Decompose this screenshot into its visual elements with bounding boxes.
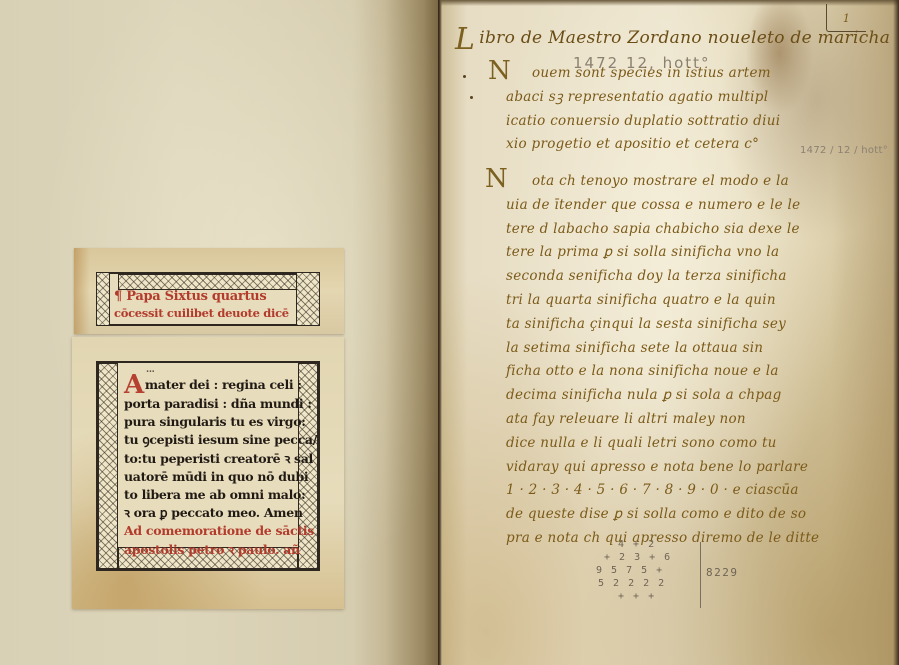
text-line: tere la prima ꝑ si solla sinificha vno l…: [506, 241, 819, 265]
calc-row: 4 + 2: [596, 538, 736, 551]
text-line: tri la quarta sinificha quatro e la quin: [506, 289, 819, 313]
floral-border-right: [298, 363, 318, 569]
text-line: vidaray qui apresso e nota bene lo parla…: [506, 456, 819, 480]
text-line: ota ch tenoyo mostrare el modo e la: [506, 170, 819, 194]
rubric-text: ¶ Papa Sixtus quartus cōcessit cuilibet …: [114, 289, 320, 321]
woodcut-frame: ... Amater dei : regina celi : porta par…: [96, 361, 320, 571]
printed-line: to:tu peperisti creatorē ꝛ sal: [124, 450, 294, 468]
printed-line: ¶ Papa Sixtus quartus: [114, 289, 320, 305]
paragraph-numerals: ota ch tenoyo mostrare el modo e la uia …: [506, 170, 819, 551]
floral-border-left: [96, 272, 110, 326]
printed-line: tu ꝯcepisti iesum sine pecca/: [124, 431, 294, 449]
margin-dot: [463, 75, 466, 78]
printed-line: to libera me ab omni malo:: [124, 486, 294, 504]
manuscript-spread: ¶ Papa Sixtus quartus cōcessit cuilibet …: [0, 0, 899, 665]
gutter: [438, 0, 442, 665]
title-text: ibro de Maestro Zordano noueleto de mari…: [479, 28, 890, 48]
prayer-text: ... Amater dei : regina celi : porta par…: [124, 365, 294, 559]
printed-slip-prayer: ... Amater dei : regina celi : porta par…: [72, 337, 344, 609]
text-line: decima sinificha nula ꝑ si sola a chpag: [506, 384, 819, 408]
text-line: de queste dise ꝑ si solla como e dito de…: [506, 503, 819, 527]
gutter-shadow: [385, 0, 440, 665]
trimmed-line: ...: [124, 365, 294, 375]
margin-dot: [470, 96, 473, 99]
manuscript-title: Libro de Maestro Zordano noueleto de mar…: [455, 22, 890, 57]
text-line: 1 · 2 · 3 · 4 · 5 · 6 · 7 · 8 · 9 · 0 · …: [506, 479, 819, 503]
text-line: la setima sinificha sete la ottaua sin: [506, 337, 819, 361]
drop-cap: A: [124, 375, 144, 395]
text-line: icatio conuersio duplatio sottratio diui: [506, 110, 780, 134]
text-line: uia de ītender que cossa e numero e le l…: [506, 194, 819, 218]
printed-line: pura singularis tu es virgo:: [124, 413, 294, 431]
pencil-date-note-margin: 1472 / 12 / hott°: [800, 145, 888, 156]
printed-line: uatorē mūdi in quo nō dubi: [124, 468, 294, 486]
calc-result: 8229: [706, 566, 739, 579]
rubric-line: apostolis petro ꝛ paulo. añ: [124, 541, 294, 559]
initial-n: N: [485, 164, 508, 194]
printed-line: porta paradisi : dña mundi :: [124, 395, 294, 413]
text-line: ouem sont species in istius artem: [506, 62, 780, 86]
title-initial: L: [455, 22, 475, 57]
page-right-edge: [893, 0, 899, 665]
text-line: ata fay releuare li altri maley non: [506, 408, 819, 432]
pencil-calculation: 4 + 2 + 2 3 + 6 9 5 7 5 + 5 2 2 2 2 + + …: [596, 538, 736, 618]
printed-line: mater dei : regina celi :: [145, 377, 302, 392]
floral-border-left: [98, 363, 118, 569]
calc-row: + 2 3 + 6: [596, 551, 736, 564]
rubric-line: Ad comemoratione de sāctis: [124, 522, 294, 540]
paragraph-species: ouem sont species in istius artem abaci …: [506, 62, 780, 157]
text-line: dice nulla e li quali letri sono como tu: [506, 432, 819, 456]
floral-border-top: [118, 274, 298, 290]
left-page: ¶ Papa Sixtus quartus cōcessit cuilibet …: [0, 0, 440, 665]
text-line: tere d labacho sapia chabicho sia dexe l…: [506, 218, 819, 242]
text-line: abaci sꝫ representatio agatio multipl: [506, 86, 780, 110]
printed-line: cōcessit cuilibet deuote dicē: [114, 305, 320, 321]
text-line: ta sinificha çinqui la sesta sinificha s…: [506, 313, 819, 337]
calc-row: + + +: [596, 590, 736, 603]
text-line: seconda senificha doy la terza sinificha: [506, 265, 819, 289]
printed-slip-indulgence-header: ¶ Papa Sixtus quartus cōcessit cuilibet …: [74, 248, 344, 334]
printed-line: ꝛ ora ꝑ peccato meo. Amen: [124, 504, 294, 522]
calc-divider: [700, 542, 701, 608]
text-line: xio progetio et apositio et cetera c°: [506, 133, 780, 157]
text-line: ficha otto e la nona sinificha noue e la: [506, 360, 819, 384]
